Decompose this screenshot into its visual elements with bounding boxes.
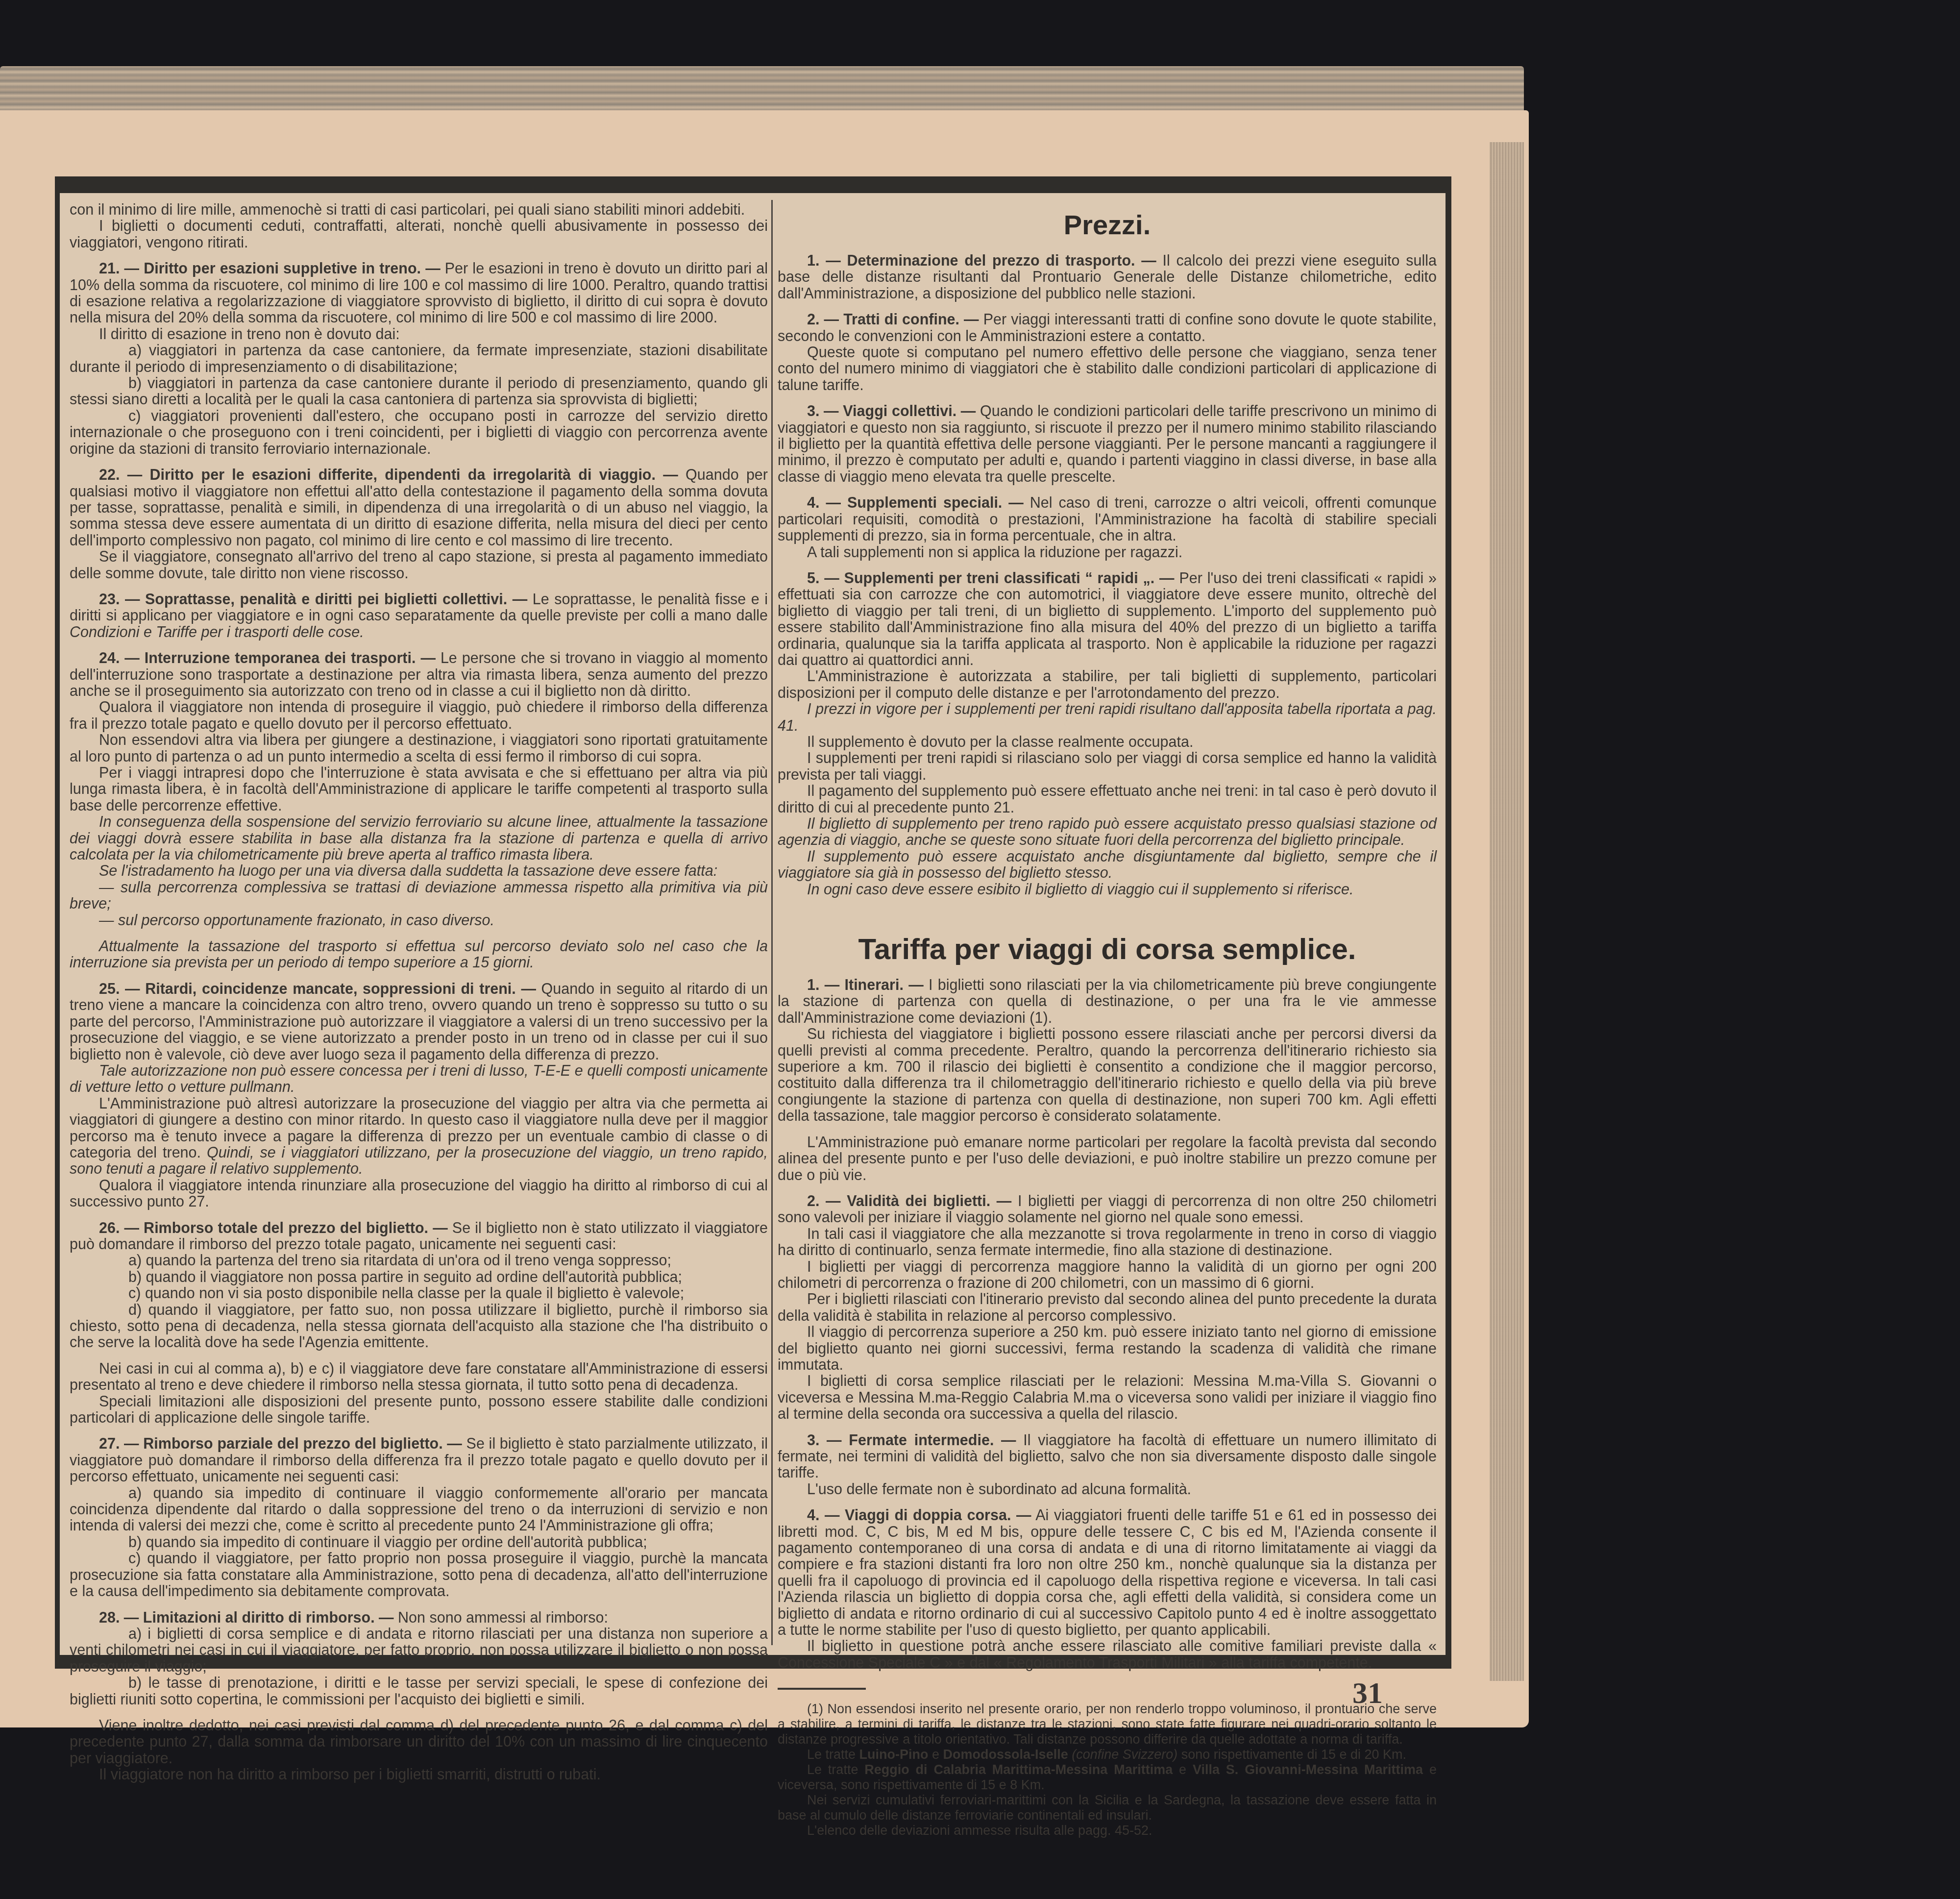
paragraph: L'Amministrazione può emanare norme part…	[778, 1134, 1437, 1184]
paragraph: Nei casi in cui al comma a), b) e c) il …	[70, 1361, 768, 1394]
italic-paragraph: — sulla percorrenza complessiva se tratt…	[70, 880, 768, 913]
prezzi-1: 1. — Determinazione del prezzo di traspo…	[778, 253, 1437, 302]
paragraph: I biglietti per viaggi di percorrenza ma…	[778, 1259, 1437, 1292]
section-heading: 2. — Validità dei biglietti. —	[807, 1193, 1011, 1209]
italic-text: In conseguenza della sospensione del ser…	[70, 814, 768, 863]
section-heading: 5. — Supplementi per treni classificati …	[807, 570, 1175, 587]
section-body: Ai viaggiatori fruenti delle tariffe 51 …	[778, 1507, 1437, 1638]
italic-paragraph: In ogni caso deve essere esibito il bigl…	[778, 882, 1437, 898]
list-item: c) quando non vi sia posto disponibile n…	[70, 1285, 768, 1302]
paragraph: Il viaggio di percorrenza superiore a 25…	[778, 1324, 1437, 1373]
italic-paragraph: Il biglietto di supplemento per treno ra…	[778, 816, 1437, 849]
list-item: c) quando il viaggiatore, per fatto prop…	[70, 1551, 768, 1600]
paragraph: Su richiesta del viaggiatore i biglietti…	[778, 1026, 1437, 1124]
text: e	[1179, 1762, 1186, 1777]
paragraph: A tali supplementi non si applica la rid…	[778, 544, 1437, 561]
text: Le tratte	[807, 1762, 858, 1777]
section-heading: 23. — Soprattasse, penalità e diritti pe…	[99, 591, 527, 608]
italic-reference: Condizioni e Tariffe per i trasporti del…	[70, 624, 364, 641]
paragraph: Qualora il viaggiatore intenda rinunziar…	[70, 1178, 768, 1210]
italic-text: — sulla percorrenza complessiva se tratt…	[70, 879, 768, 912]
section-24: 24. — Interruzione temporanea dei traspo…	[70, 650, 768, 699]
prezzi-5: 5. — Supplementi per treni classificati …	[778, 570, 1437, 668]
text-frame: con il minimo di lire mille, ammenochè s…	[55, 176, 1451, 1669]
italic-text: In ogni caso deve essere esibito il bigl…	[807, 881, 1354, 898]
paragraph: Viene inoltre dedotto, nei casi previsti…	[70, 1718, 768, 1767]
section-heading: 3. — Fermate intermedie. —	[807, 1432, 1016, 1449]
tariffa-3: 3. — Fermate intermedie. — Il viaggiator…	[778, 1432, 1437, 1481]
paragraph: L'Amministrazione può altresì autorizzar…	[70, 1096, 768, 1178]
italic-paragraph: Tale autorizzazione non può essere conce…	[70, 1063, 768, 1096]
bold-place: Domodossola-Iselle	[943, 1747, 1068, 1762]
italic-text: Il supplemento può essere acquistato anc…	[778, 848, 1437, 881]
text: e	[932, 1747, 939, 1762]
section-body: Non sono ammessi al rimborso:	[398, 1609, 608, 1626]
footnotes: (1) Non essendosi inserito nel presente …	[778, 1702, 1437, 1838]
list-item: a) viaggiatori in partenza da case canto…	[70, 343, 768, 375]
section-28: 28. — Limitazioni al diritto di rimborso…	[70, 1610, 768, 1626]
italic-text: Il biglietto di supplemento per treno ra…	[778, 815, 1437, 848]
italic-text: I prezzi in vigore per i supplementi per…	[778, 701, 1437, 734]
list-item: b) quando sia impedito di continuare il …	[70, 1534, 768, 1551]
list-item: b) le tasse di prenotazione, i diritti e…	[70, 1675, 768, 1708]
list-item: b) quando il viaggiatore non possa parti…	[70, 1269, 768, 1285]
section-25: 25. — Ritardi, coincidenze mancate, sopp…	[70, 981, 768, 1063]
paragraph: I supplementi per treni rapidi si rilasc…	[778, 750, 1437, 783]
bold-place: Reggio di Calabria Marittima-Messina Mar…	[864, 1762, 1173, 1777]
paragraph: Il diritto di esazione in treno non è do…	[70, 326, 768, 343]
section-heading: 4. — Viaggi di doppia corsa. —	[807, 1507, 1031, 1524]
list-item: d) quando il viaggiatore, per fatto suo,…	[70, 1302, 768, 1351]
italic-paragraph: In conseguenza della sospensione del ser…	[70, 814, 768, 863]
paragraph: I biglietti di corsa semplice rilasciati…	[778, 1373, 1437, 1422]
section-heading: 26. — Rimborso totale del prezzo del big…	[99, 1220, 448, 1236]
section-heading: 27. — Rimborso parziale del prezzo del b…	[99, 1435, 462, 1452]
bold-place: Luino-Pino	[859, 1747, 929, 1762]
tariffa-4: 4. — Viaggi di doppia corsa. — Ai viaggi…	[778, 1507, 1437, 1638]
paragraph: L'uso delle fermate non è subordinato ad…	[778, 1481, 1437, 1498]
footnote-1: (1) Non essendosi inserito nel presente …	[778, 1702, 1437, 1747]
paragraph: Non essendovi altra via libera per giung…	[70, 732, 768, 765]
paragraph: Il pagamento del supplemento può essere …	[778, 783, 1437, 816]
text: sono rispettivamente di 15 e di 20 Km.	[1181, 1747, 1406, 1762]
tariffa-1: 1. — Itinerari. — I biglietti sono rilas…	[778, 977, 1437, 1026]
list-item: a) quando sia impedito di continuare il …	[70, 1485, 768, 1534]
bold-place: Villa S. Giovanni-Messina Marittima	[1193, 1762, 1423, 1777]
section-heading: 22. — Diritto per le esazioni differite,…	[99, 467, 678, 483]
section-heading: 3. — Viaggi collettivi. —	[807, 403, 976, 419]
italic-text: Attualmente la tassazione del trasporto …	[70, 938, 768, 971]
italic-paragraph: Attualmente la tassazione del trasporto …	[70, 938, 768, 971]
section-26: 26. — Rimborso totale del prezzo del big…	[70, 1220, 768, 1253]
section-27: 27. — Rimborso parziale del prezzo del b…	[70, 1436, 768, 1485]
paragraph: Il supplemento è dovuto per la classe re…	[778, 734, 1437, 750]
list-item: a) quando la partenza del treno sia rita…	[70, 1253, 768, 1269]
paragraph: Se il viaggiatore, consegnato all'arrivo…	[70, 549, 768, 582]
text: Le tratte	[807, 1747, 856, 1762]
left-column: con il minimo di lire mille, ammenochè s…	[70, 202, 768, 1645]
paragraph: Speciali limitazioni alle disposizioni d…	[70, 1394, 768, 1427]
section-heading: 4. — Supplementi speciali. —	[807, 494, 1024, 511]
italic-text: — sul percorso opportunamente frazionato…	[99, 912, 494, 929]
prezzi-3: 3. — Viaggi collettivi. — Quando le cond…	[778, 403, 1437, 485]
footnote-separator	[778, 1688, 866, 1690]
page-number: 31	[1352, 1676, 1383, 1711]
italic-text: Tale autorizzazione non può essere conce…	[70, 1062, 768, 1095]
prezzi-4: 4. — Supplementi speciali. — Nel caso di…	[778, 495, 1437, 544]
paragraph: Qualora il viaggiatore non intenda di pr…	[70, 699, 768, 732]
section-title-tariffa: Tariffa per viaggi di corsa semplice.	[778, 932, 1437, 966]
paragraph: L'Amministrazione è autorizzata a stabil…	[778, 668, 1437, 701]
footnote-4: Nei servizi cumulativi ferroviari-maritt…	[778, 1793, 1437, 1823]
italic-paragraph: Se l'istradamento ha luogo per una via d…	[70, 863, 768, 879]
prezzi-2: 2. — Tratti di confine. — Per viaggi int…	[778, 312, 1437, 345]
paragraph: Queste quote si computano pel numero eff…	[778, 345, 1437, 394]
section-heading: 25. — Ritardi, coincidenze mancate, sopp…	[99, 981, 536, 997]
footnote-3: Le tratte Reggio di Calabria Marittima-M…	[778, 1762, 1437, 1793]
italic-text: Se l'istradamento ha luogo per una via d…	[99, 863, 717, 879]
right-column: Prezzi. 1. — Determinazione del prezzo d…	[778, 202, 1437, 1645]
section-heading: 21. — Diritto per esazioni suppletive in…	[99, 260, 441, 277]
section-heading: 1. — Determinazione del prezzo di traspo…	[807, 252, 1156, 269]
section-heading: 24. — Interruzione temporanea dei traspo…	[99, 650, 436, 666]
footnote-5: L'elenco delle deviazioni ammesse risult…	[778, 1823, 1437, 1838]
list-item: c) viaggiatori provenienti dall'estero, …	[70, 408, 768, 457]
section-22: 22. — Diritto per le esazioni differite,…	[70, 467, 768, 549]
footnote-2: Le tratte Luino-Pino e Domodossola-Isell…	[778, 1747, 1437, 1762]
section-heading: 28. — Limitazioni al diritto di rimborso…	[99, 1609, 394, 1626]
italic-paragraph: Il supplemento può essere acquistato anc…	[778, 849, 1437, 882]
paragraph: In tali casi il viaggiatore che alla mez…	[778, 1226, 1437, 1259]
column-divider	[771, 200, 773, 1645]
tariffa-2: 2. — Validità dei biglietti. — I bigliet…	[778, 1193, 1437, 1226]
paragraph: con il minimo di lire mille, ammenochè s…	[70, 202, 768, 218]
paragraph: Per i viaggi intrapresi dopo che l'inter…	[70, 765, 768, 814]
section-heading: 1. — Itinerari. —	[807, 977, 924, 993]
page-side-edge	[1490, 142, 1524, 1681]
section-heading: 2. — Tratti di confine. —	[807, 311, 979, 328]
list-item: b) viaggiatori in partenza da case canto…	[70, 375, 768, 408]
list-item: a) i biglietti di corsa semplice e di an…	[70, 1626, 768, 1675]
section-21: 21. — Diritto per esazioni suppletive in…	[70, 261, 768, 326]
paragraph: I biglietti o documenti ceduti, contraff…	[70, 218, 768, 251]
italic-text: (confine Svizzero)	[1072, 1747, 1177, 1762]
paragraph: Il biglietto in questione potrà anche es…	[778, 1638, 1437, 1671]
paragraph: Il viaggiatore non ha diritto a rimborso…	[70, 1767, 768, 1783]
italic-paragraph: I prezzi in vigore per i supplementi per…	[778, 701, 1437, 734]
section-title-prezzi: Prezzi.	[778, 208, 1437, 242]
italic-paragraph: — sul percorso opportunamente frazionato…	[70, 913, 768, 929]
paragraph: Per i biglietti rilasciati con l'itinera…	[778, 1291, 1437, 1324]
section-23: 23. — Soprattasse, penalità e diritti pe…	[70, 592, 768, 641]
